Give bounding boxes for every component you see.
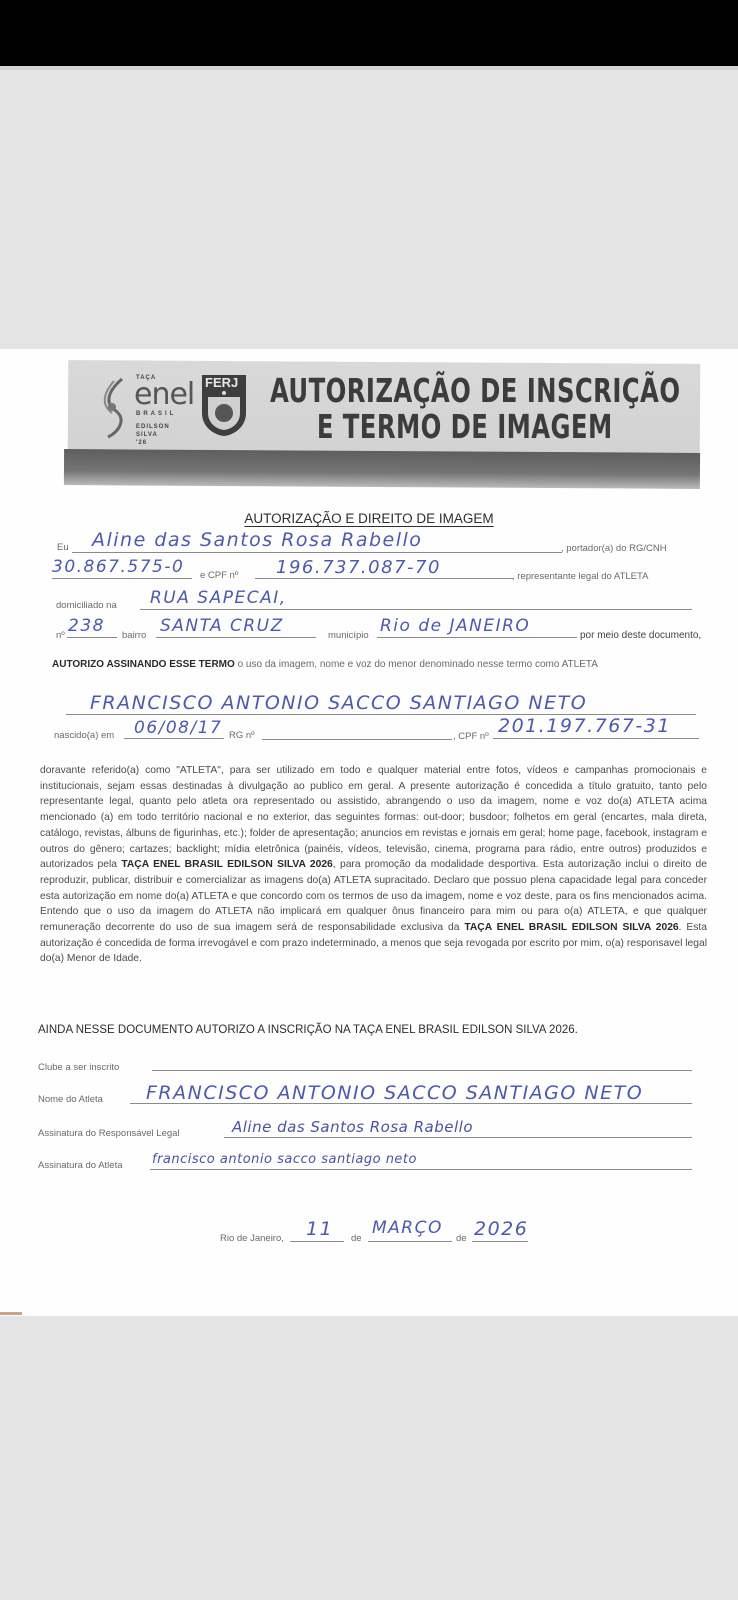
- endereco-value: RUA SAPECAI,: [150, 588, 287, 608]
- municipio-label: município: [328, 630, 369, 641]
- rg-atleta-label: RG nº: [229, 730, 255, 741]
- status-bar: [0, 0, 738, 66]
- clube-field[interactable]: [152, 1051, 692, 1071]
- taca-enel-logo: TAÇA enel BRASIL EDILSON SILVA '26: [100, 371, 180, 443]
- numero-label: nº: [56, 630, 65, 641]
- rg-atleta-field[interactable]: [262, 720, 452, 740]
- eu-label: Eu: [57, 542, 69, 553]
- bairro-label: bairro: [122, 630, 146, 641]
- date-month-value: MARÇO: [372, 1218, 443, 1238]
- domicilio-label: domiciliado na: [56, 600, 117, 611]
- inscricao-statement: AINDA NESSE DOCUMENTO AUTORIZO A INSCRIÇ…: [38, 1024, 578, 1036]
- date-day-value: 11: [306, 1218, 333, 1240]
- cpf-atleta-value: 201.197.767-31: [498, 715, 671, 737]
- paper-edge-mark: [0, 1312, 22, 1315]
- assinatura-responsavel-value: Aline das Santos Rosa Rabello: [232, 1118, 473, 1136]
- nascimento-value: 06/08/17: [134, 718, 222, 738]
- scanned-document: TAÇA enel BRASIL EDILSON SILVA '26 FERJ …: [0, 349, 738, 1316]
- date-city: Rio de Janeiro,: [220, 1233, 284, 1244]
- numero-value: 238: [68, 616, 105, 636]
- banner-shadow: [64, 449, 700, 489]
- nome-atleta-value: FRANCISCO ANTONIO SACCO SANTIAGO NETO: [146, 1082, 643, 1104]
- nome-atleta-label: Nome do Atleta: [38, 1094, 103, 1105]
- top-edge: [0, 66, 738, 70]
- autorizo-statement: AUTORIZO ASSINANDO ESSE TERMO o uso da i…: [52, 659, 598, 670]
- cpf-atleta-label: , CPF nº: [453, 731, 489, 742]
- clube-label: Clube a ser inscrito: [38, 1062, 119, 1073]
- date-de-1: de: [351, 1233, 362, 1244]
- cpf-responsavel-value: 196.737.087-70: [276, 557, 441, 578]
- cpf-label: e CPF nº: [200, 570, 238, 581]
- representante-label: , representante legal do ATLETA: [512, 571, 648, 582]
- date-de-2: de: [456, 1233, 467, 1244]
- assinatura-atleta-value: francisco antonio sacco santiago neto: [152, 1152, 417, 1167]
- por-meio-label: por meio deste documento,: [580, 630, 701, 641]
- date-year-value: 2026: [474, 1218, 528, 1240]
- responsavel-name-value: Aline das Santos Rosa Rabello: [92, 529, 422, 551]
- rg-cnh-value: 30.867.575-0: [52, 557, 184, 577]
- terms-paragraph: doravante referido(a) como "ATLETA", par…: [40, 763, 707, 967]
- document-title: AUTORIZAÇÃO DE INSCRIÇÃO E TERMO DE IMAG…: [270, 373, 590, 445]
- assinatura-atleta-label: Assinatura do Atleta: [38, 1160, 123, 1171]
- assinatura-responsavel-label: Assinatura do Responsável Legal: [38, 1128, 180, 1139]
- municipio-value: Rio de JANEIRO: [380, 616, 530, 636]
- atleta-name-value: FRANCISCO ANTONIO SACCO SANTIAGO NETO: [90, 692, 587, 714]
- portador-label: , portador(a) do RG/CNH: [561, 543, 667, 554]
- ferj-logo: FERJ: [200, 373, 248, 437]
- section-title: AUTORIZAÇÃO E DIREITO DE IMAGEM: [0, 511, 738, 526]
- swirl-icon: [100, 377, 130, 439]
- bairro-value: SANTA CRUZ: [160, 616, 284, 636]
- nascido-label: nascido(a) em: [54, 730, 114, 741]
